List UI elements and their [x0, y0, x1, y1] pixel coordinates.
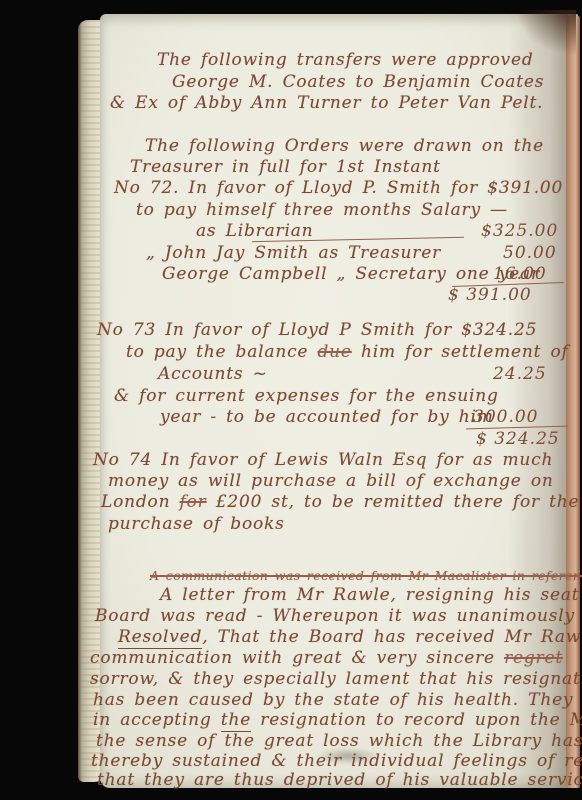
line-text: in accepting	[93, 710, 221, 730]
manuscript-line: in accepting the resignation to record u…	[93, 710, 582, 730]
line-text: £200 st, to be remitted there for the	[207, 492, 580, 512]
manuscript-line: year - to be accounted for by him	[160, 407, 494, 427]
line-text: resignation to record upon the Minutes	[251, 710, 582, 730]
struck-word: due	[317, 342, 351, 362]
manuscript-line: The following Orders were drawn on the	[145, 136, 544, 156]
manuscript-line: has been caused by the state of his heal…	[93, 690, 582, 710]
manuscript-line: „ John Jay Smith as Treasurer	[146, 243, 441, 263]
manuscript-line: the sense of the great loss which the Li…	[96, 731, 582, 751]
manuscript-line: communication with great & very sincere …	[90, 648, 563, 668]
manuscript-line: sorrow, & they especially lament that hi…	[90, 669, 582, 689]
manuscript-line: No 74 In favor of Lewis Waln Esq for as …	[93, 450, 553, 470]
manuscript-line: money as will purchase a bill of exchang…	[108, 471, 554, 491]
manuscript-line: No 72. In favor of Lloyd P. Smith for $3…	[114, 178, 563, 198]
manuscript-line: Board was read - Whereupon it was unanim…	[95, 606, 575, 626]
ledger-amount-total: $ 391.00	[448, 285, 532, 305]
manuscript-line: A letter from Mr Rawle, resigning his se…	[160, 585, 582, 605]
manuscript-line: thereby sustained & their individual fee…	[91, 751, 582, 771]
manuscript-line: & for current expenses for the ensuing	[114, 386, 499, 406]
underlined-word: Resolved	[118, 627, 202, 649]
manuscript-line: No 73 In favor of Lloyd P Smith for $324…	[97, 320, 537, 340]
ledger-amount: $325.00	[481, 221, 558, 241]
manuscript-line: & Ex of Abby Ann Turner to Peter Van Pel…	[110, 93, 543, 113]
struck-word: regret	[504, 648, 563, 668]
ledger-amount: 50.00	[503, 243, 557, 263]
manuscript-line: to pay himself three months Salary —	[136, 200, 508, 220]
line-text: , That the Board has received Mr Rawle's	[202, 627, 582, 647]
struck-word: for	[180, 492, 207, 512]
manuscript-line: Treasurer in full for 1st Instant	[130, 157, 441, 177]
underlined-word: the	[221, 710, 251, 732]
line-text: communication with great & very sincere	[90, 648, 504, 668]
line-text: him for settlement of	[352, 342, 569, 362]
manuscript-line: George Campbell „ Secretary one year	[162, 264, 540, 284]
manuscript-line: London for £200 st, to be remitted there…	[101, 492, 579, 512]
manuscript-line: as Librarian	[196, 221, 313, 241]
manuscript-line: George M. Coates to Benjamin Coates	[172, 72, 544, 92]
ledger-amount: 16.00	[493, 264, 547, 284]
manuscript-line: to pay the balance due him for settlemen…	[126, 342, 569, 362]
manuscript-line: Accounts ~	[158, 364, 268, 384]
manuscript-line: that they are thus deprived of his valua…	[97, 770, 582, 790]
ledger-amount: 24.25	[493, 364, 547, 384]
ledger-amount-total: $ 324.25	[476, 429, 560, 449]
struck-manuscript-line: A communication was received from Mr Mac…	[150, 568, 582, 583]
manuscript-line: The following transfers were approved	[157, 50, 534, 70]
ledger-amount: 300.00	[473, 407, 538, 427]
line-text: London	[101, 492, 180, 512]
manuscript-line: Resolved, That the Board has received Mr…	[118, 627, 582, 647]
line-text: to pay the balance	[126, 342, 317, 362]
manuscript-line: purchase of books	[108, 514, 285, 534]
manuscript-photo: The following transfers were approved Ge…	[0, 0, 582, 800]
